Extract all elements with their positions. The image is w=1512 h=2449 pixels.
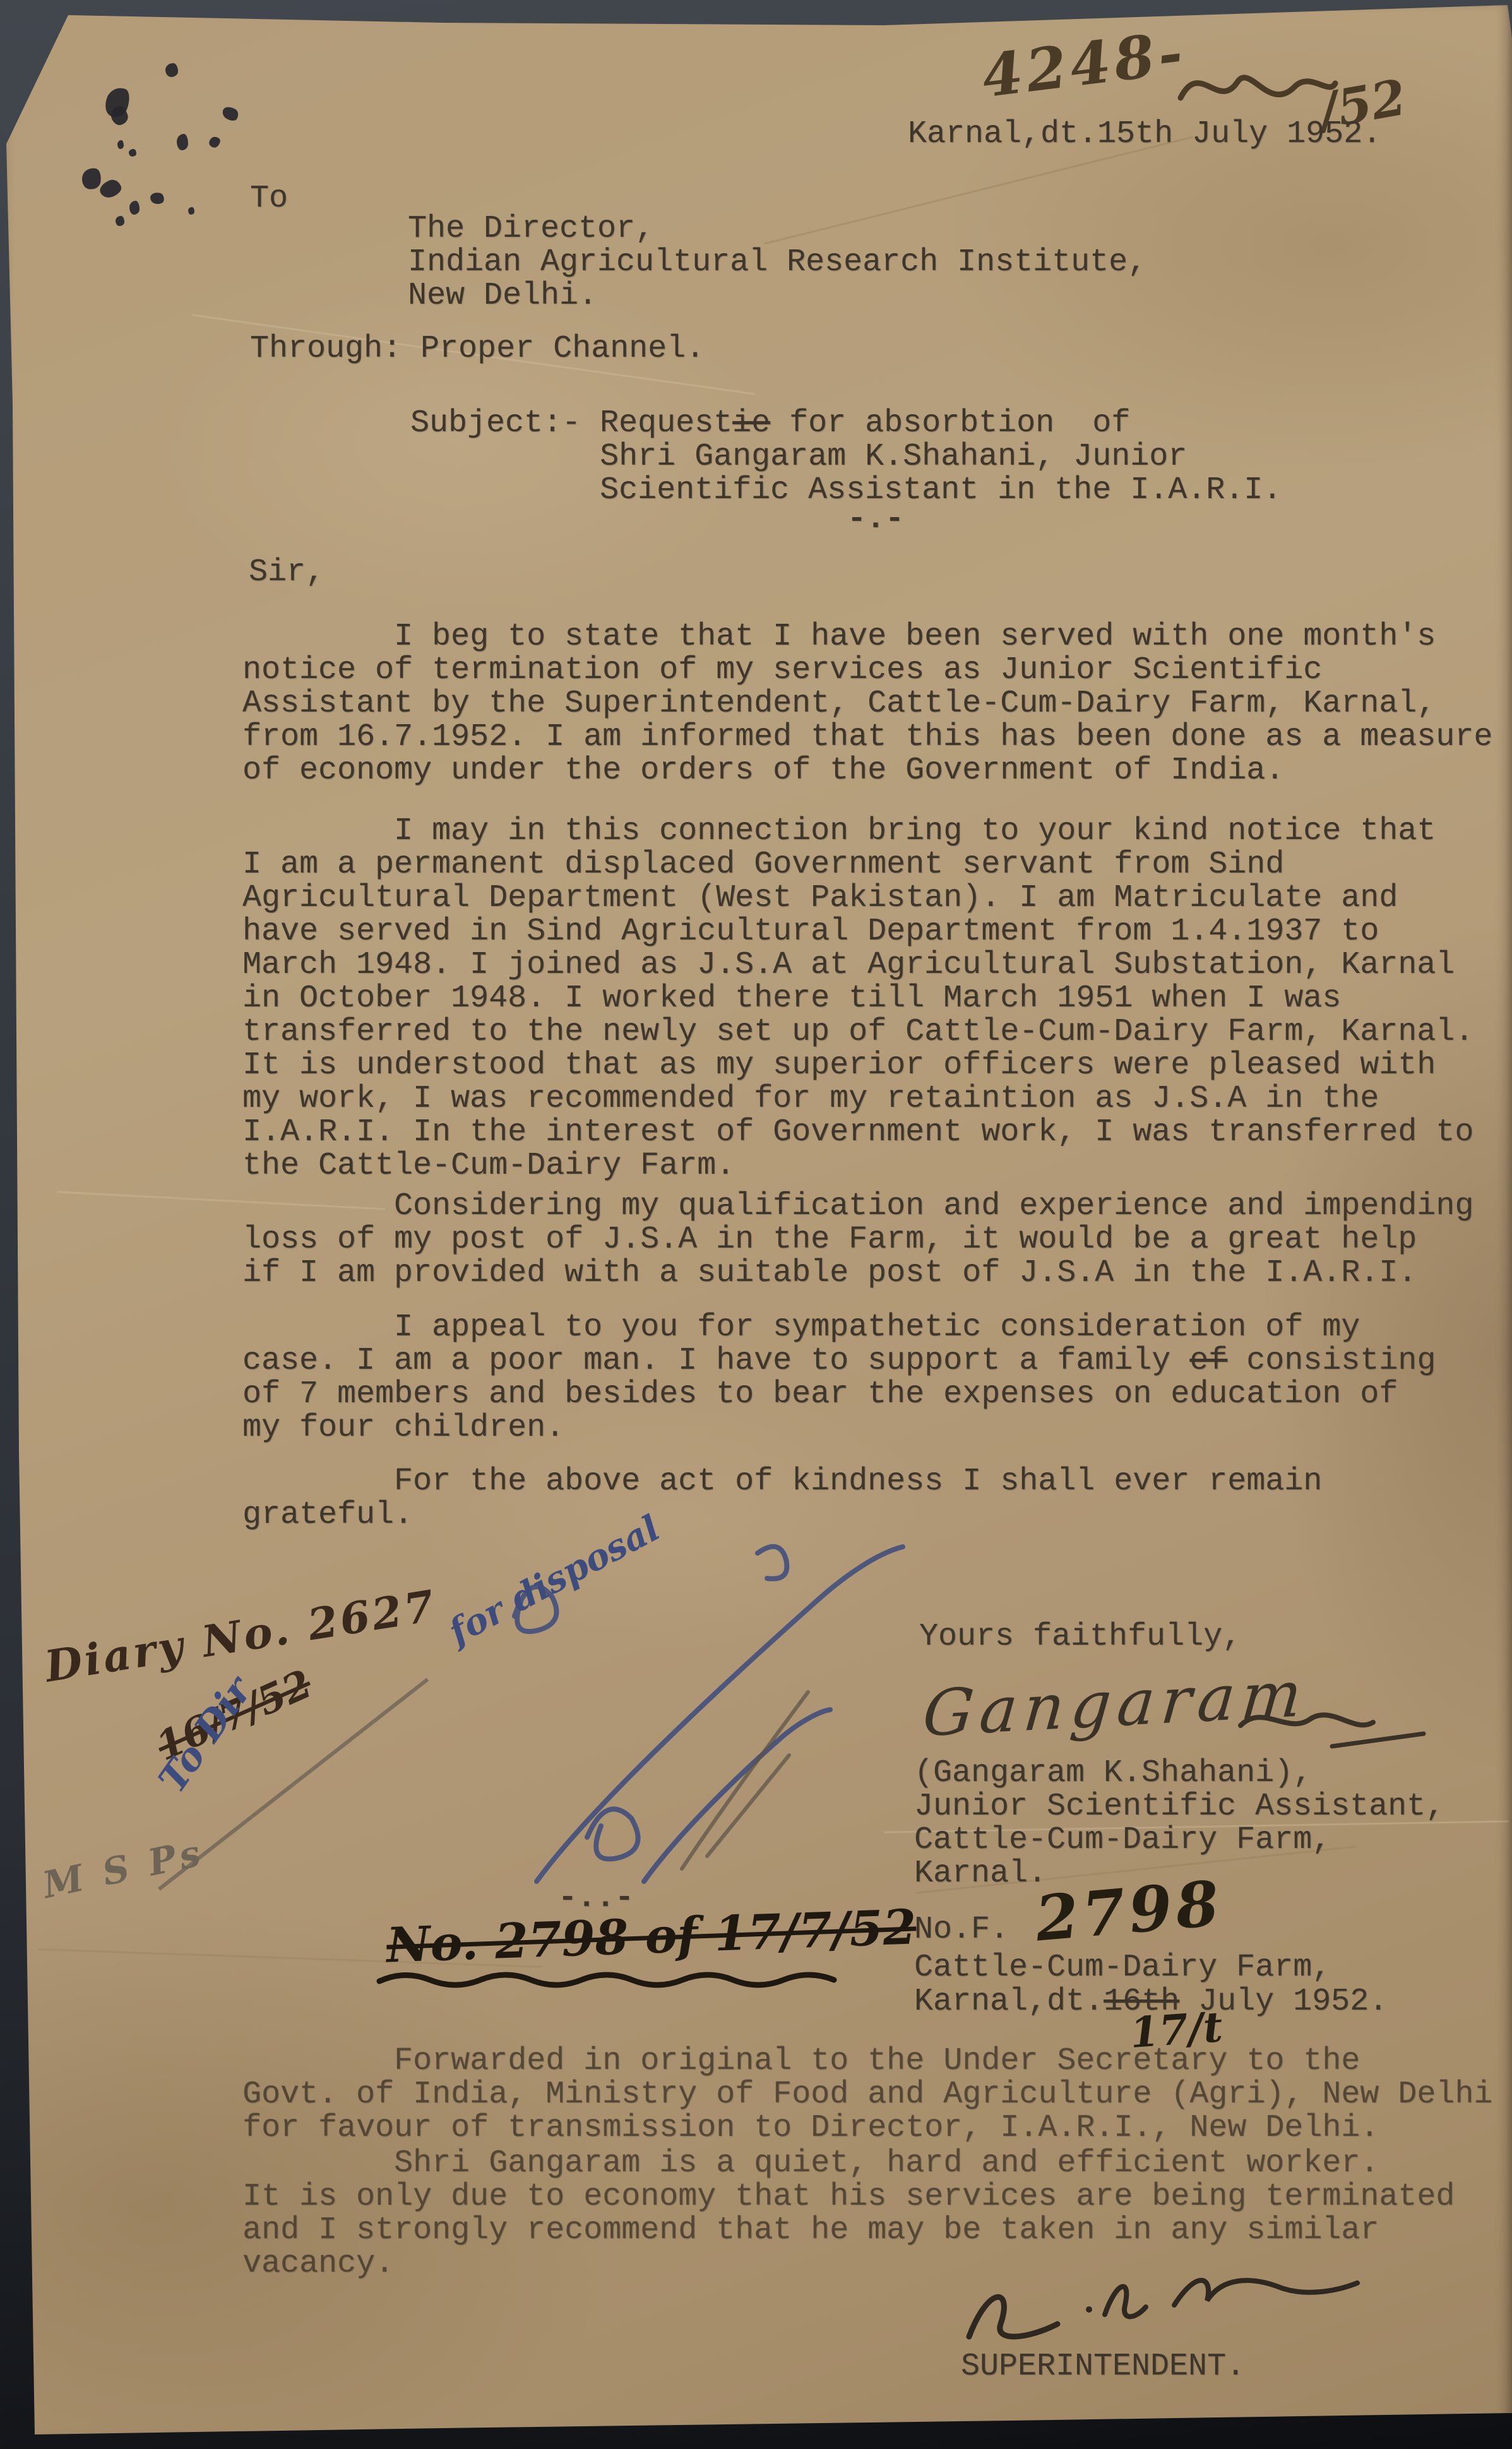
ref-number-handwritten: 2798 bbox=[1033, 1867, 1226, 1955]
ink-blot bbox=[165, 63, 178, 77]
ink-blot bbox=[98, 177, 124, 200]
handwritten-despatch-note: No. 2798 of 17/7/52 bbox=[386, 1898, 917, 1973]
paragraph-4-struck-word: ef bbox=[1189, 1343, 1227, 1379]
through-line: Through: Proper Channel. bbox=[250, 332, 705, 366]
ink-blot bbox=[149, 191, 165, 205]
letter-date: Karnal,dt.15th July 1952. bbox=[908, 117, 1381, 151]
ink-blot bbox=[177, 134, 188, 150]
subject-divider: -.- bbox=[847, 503, 904, 536]
ink-blot bbox=[129, 149, 136, 157]
subject-struck-text: ie bbox=[732, 405, 770, 441]
designation-line: SUPERINTENDENT. bbox=[961, 2350, 1245, 2383]
closing-line: Yours faithfully, bbox=[919, 1620, 1241, 1654]
ref-label: No.F. bbox=[914, 1913, 1009, 1946]
addressee-block: The Director, Indian Agricultural Resear… bbox=[408, 212, 1146, 313]
paragraph-3: Considering my qualification and experie… bbox=[242, 1189, 1511, 1290]
sender-signature-flourish bbox=[1237, 1697, 1439, 1754]
paragraph-2: I may in this connection bring to your k… bbox=[242, 814, 1511, 1183]
blue-ink-scribble bbox=[379, 1540, 947, 1894]
office-line: Cattle-Cum-Dairy Farm, bbox=[914, 1951, 1331, 1984]
ink-blot bbox=[129, 201, 140, 215]
superintendent-signature bbox=[953, 2251, 1370, 2359]
ink-blot bbox=[207, 134, 222, 150]
ink-blot bbox=[220, 104, 241, 123]
salutation: Sir, bbox=[249, 556, 324, 589]
file-ref-handwritten-prefix: 4248- bbox=[979, 18, 1190, 111]
pencil-initials: M S Ps bbox=[39, 1831, 208, 1907]
forwarding-paragraph: Forwarded in original to the Under Secre… bbox=[242, 2044, 1512, 2145]
to-label: To bbox=[250, 182, 288, 215]
ink-blot bbox=[116, 216, 124, 226]
subject-text: Subject:- Request bbox=[410, 405, 732, 441]
despatch-note-underline bbox=[376, 1969, 869, 1991]
ink-blot bbox=[117, 140, 124, 149]
ink-blot bbox=[188, 207, 194, 215]
subject-block: Subject:- Requestie for absorbtion of Sh… bbox=[410, 407, 1282, 507]
paragraph-5: For the above act of kindness I shall ev… bbox=[242, 1465, 1511, 1532]
paper-sheet: 4248- /52 Karnal,dt.15th July 1952. To T… bbox=[0, 0, 1512, 2449]
ink-blot bbox=[80, 167, 102, 191]
file-ref-scribble bbox=[1174, 51, 1338, 126]
scanned-letter: 4248- /52 Karnal,dt.15th July 1952. To T… bbox=[0, 0, 1512, 2449]
paragraph-4: I appeal to you for sympathetic consider… bbox=[242, 1311, 1511, 1445]
paragraph-1: I beg to state that I have been served w… bbox=[242, 620, 1511, 787]
date2-text: Karnal,dt. bbox=[914, 1984, 1104, 2020]
